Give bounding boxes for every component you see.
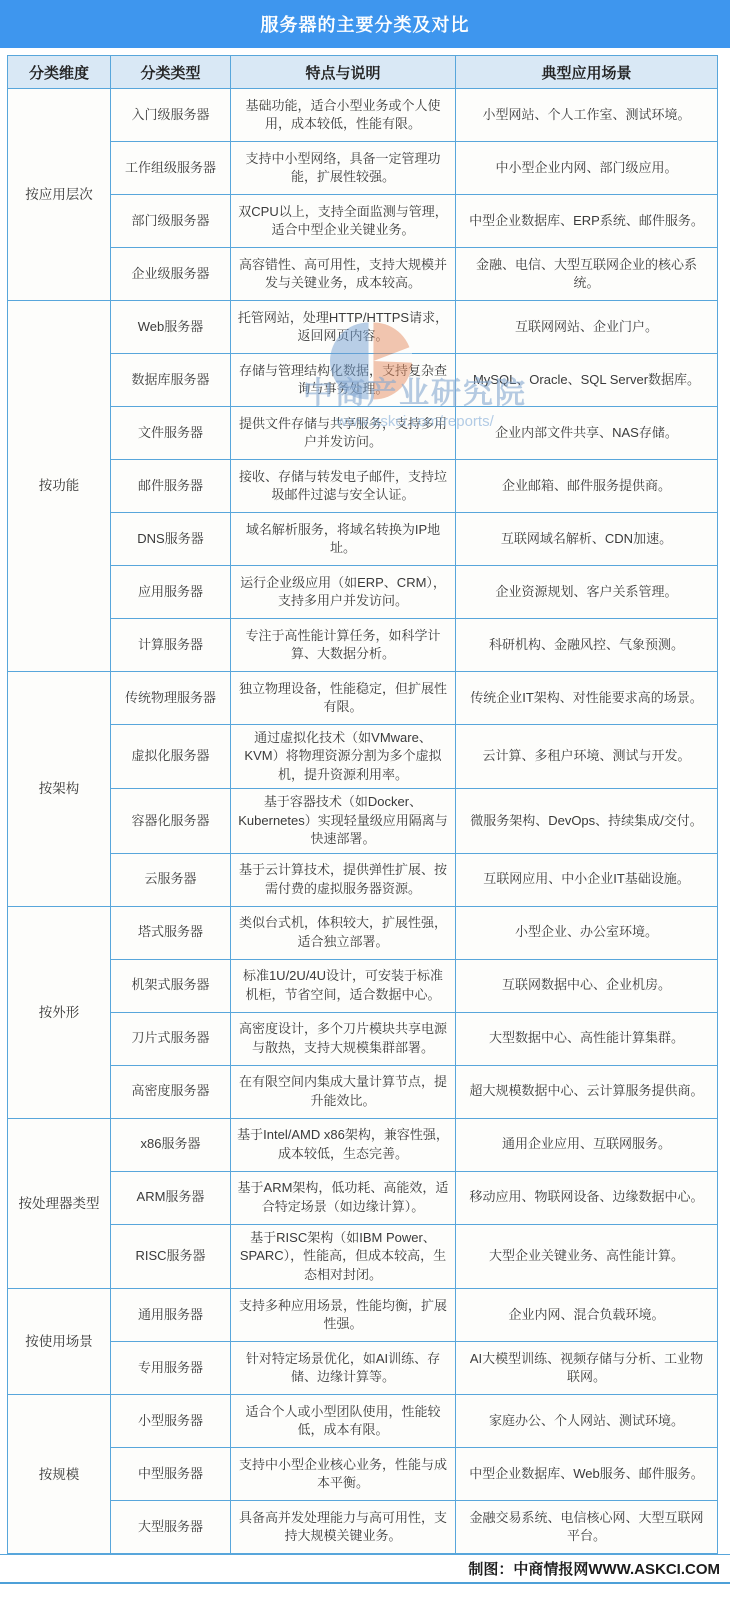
apps-cell: 企业内网、混合负载环境。	[456, 1289, 718, 1342]
apps-cell: 通用企业应用、互联网服务。	[456, 1118, 718, 1171]
type-cell: 邮件服务器	[111, 460, 231, 513]
features-cell: 基于Intel/AMD x86架构，兼容性强，成本较低，生态完善。	[231, 1118, 456, 1171]
type-cell: 中型服务器	[111, 1448, 231, 1501]
features-cell: 支持中小型网络，具备一定管理功能，扩展性较强。	[231, 142, 456, 195]
type-cell: 企业级服务器	[111, 248, 231, 301]
type-cell: 入门级服务器	[111, 89, 231, 142]
type-cell: x86服务器	[111, 1118, 231, 1171]
table-row: 计算服务器 专注于高性能计算任务，如科学计算、大数据分析。 科研机构、金融风控、…	[8, 619, 718, 672]
features-cell: 基于ARM架构，低功耗、高能效，适合特定场景（如边缘计算）。	[231, 1171, 456, 1224]
type-cell: 容器化服务器	[111, 789, 231, 853]
apps-cell: 云计算、多租户环境、测试与开发。	[456, 725, 718, 789]
dimension-cell: 按规模	[8, 1395, 111, 1554]
table-row: 按处理器类型 x86服务器 基于Intel/AMD x86架构，兼容性强，成本较…	[8, 1118, 718, 1171]
table-row: 按功能 Web服务器 托管网站，处理HTTP/HTTPS请求，返回网页内容。 互…	[8, 301, 718, 354]
dimension-cell: 按使用场景	[8, 1289, 111, 1395]
table-row: 企业级服务器 高容错性、高可用性，支持大规模并发与关键业务，成本较高。 金融、电…	[8, 248, 718, 301]
column-header-type: 分类类型	[111, 56, 231, 89]
dimension-cell: 按应用层次	[8, 89, 111, 301]
type-cell: 应用服务器	[111, 566, 231, 619]
type-cell: 塔式服务器	[111, 906, 231, 959]
features-cell: 双CPU以上，支持全面监测与管理，适合中型企业关键业务。	[231, 195, 456, 248]
features-cell: 通过虚拟化技术（如VMware、KVM）将物理资源分割为多个虚拟机，提升资源利用…	[231, 725, 456, 789]
dimension-cell: 按功能	[8, 301, 111, 672]
apps-cell: 互联网网站、企业门户。	[456, 301, 718, 354]
features-cell: 托管网站，处理HTTP/HTTPS请求，返回网页内容。	[231, 301, 456, 354]
type-cell: 机架式服务器	[111, 959, 231, 1012]
dimension-cell: 按外形	[8, 906, 111, 1118]
apps-cell: AI大模型训练、视频存储与分析、工业物联网。	[456, 1342, 718, 1395]
type-cell: 计算服务器	[111, 619, 231, 672]
type-cell: 大型服务器	[111, 1501, 231, 1554]
features-cell: 针对特定场景优化，如AI训练、存储、边缘计算等。	[231, 1342, 456, 1395]
table-row: ARM服务器 基于ARM架构，低功耗、高能效，适合特定场景（如边缘计算）。 移动…	[8, 1171, 718, 1224]
features-cell: 存储与管理结构化数据，支持复杂查询与事务处理。	[231, 354, 456, 407]
title-gap	[0, 48, 730, 55]
column-header-dimension: 分类维度	[8, 56, 111, 89]
type-cell: 专用服务器	[111, 1342, 231, 1395]
title-bar: 服务器的主要分类及对比	[0, 0, 730, 48]
table-row: 中型服务器 支持中小型企业核心业务，性能与成本平衡。 中型企业数据库、Web服务…	[8, 1448, 718, 1501]
features-cell: 高密度设计，多个刀片模块共享电源与散热，支持大规模集群部署。	[231, 1012, 456, 1065]
table-row: RISC服务器 基于RISC架构（如IBM Power、SPARC），性能高，但…	[8, 1224, 718, 1288]
table-row: 按应用层次 入门级服务器 基础功能，适合小型业务或个人使用，成本较低，性能有限。…	[8, 89, 718, 142]
type-cell: 文件服务器	[111, 407, 231, 460]
table-row: 部门级服务器 双CPU以上，支持全面监测与管理，适合中型企业关键业务。 中型企业…	[8, 195, 718, 248]
type-cell: 虚拟化服务器	[111, 725, 231, 789]
apps-cell: 微服务架构、DevOps、持续集成/交付。	[456, 789, 718, 853]
features-cell: 具备高并发处理能力与高可用性，支持大规模关键业务。	[231, 1501, 456, 1554]
apps-cell: MySQL、Oracle、SQL Server数据库。	[456, 354, 718, 407]
features-cell: 域名解析服务，将域名转换为IP地址。	[231, 513, 456, 566]
table-row: 大型服务器 具备高并发处理能力与高可用性，支持大规模关键业务。 金融交易系统、电…	[8, 1501, 718, 1554]
apps-cell: 移动应用、物联网设备、边缘数据中心。	[456, 1171, 718, 1224]
apps-cell: 中型企业数据库、Web服务、邮件服务。	[456, 1448, 718, 1501]
features-cell: 提供文件存储与共享服务，支持多用户并发访问。	[231, 407, 456, 460]
infographic-canvas: 服务器的主要分类及对比 分类维度 分类类型 特点与说明 典型应用场景 按应用层次…	[0, 0, 730, 1584]
table-row: 工作组级服务器 支持中小型网络，具备一定管理功能，扩展性较强。 中小型企业内网、…	[8, 142, 718, 195]
dimension-cell: 按架构	[8, 672, 111, 907]
type-cell: 传统物理服务器	[111, 672, 231, 725]
features-cell: 支持多种应用场景，性能均衡，扩展性强。	[231, 1289, 456, 1342]
table-row: 专用服务器 针对特定场景优化，如AI训练、存储、边缘计算等。 AI大模型训练、视…	[8, 1342, 718, 1395]
type-cell: DNS服务器	[111, 513, 231, 566]
apps-cell: 企业资源规划、客户关系管理。	[456, 566, 718, 619]
apps-cell: 中型企业数据库、ERP系统、邮件服务。	[456, 195, 718, 248]
table-row: 按外形 塔式服务器 类似台式机，体积较大，扩展性强，适合独立部署。 小型企业、办…	[8, 906, 718, 959]
table-row: 应用服务器 运行企业级应用（如ERP、CRM），支持多用户并发访问。 企业资源规…	[8, 566, 718, 619]
apps-cell: 超大规模数据中心、云计算服务提供商。	[456, 1065, 718, 1118]
type-cell: 小型服务器	[111, 1395, 231, 1448]
type-cell: ARM服务器	[111, 1171, 231, 1224]
table-row: 文件服务器 提供文件存储与共享服务，支持多用户并发访问。 企业内部文件共享、NA…	[8, 407, 718, 460]
features-cell: 独立物理设备，性能稳定，但扩展性有限。	[231, 672, 456, 725]
apps-cell: 大型企业关键业务、高性能计算。	[456, 1224, 718, 1288]
table-row: 云服务器 基于云计算技术，提供弹性扩展、按需付费的虚拟服务器资源。 互联网应用、…	[8, 853, 718, 906]
apps-cell: 互联网应用、中小企业IT基础设施。	[456, 853, 718, 906]
footer-band: 制图：中商情报网WWW.ASKCI.COM	[0, 1554, 730, 1584]
apps-cell: 传统企业IT架构、对性能要求高的场景。	[456, 672, 718, 725]
column-header-apps: 典型应用场景	[456, 56, 718, 89]
type-cell: 刀片式服务器	[111, 1012, 231, 1065]
features-cell: 基于云计算技术，提供弹性扩展、按需付费的虚拟服务器资源。	[231, 853, 456, 906]
page-title: 服务器的主要分类及对比	[261, 11, 470, 37]
features-cell: 类似台式机，体积较大，扩展性强，适合独立部署。	[231, 906, 456, 959]
apps-cell: 金融、电信、大型互联网企业的核心系统。	[456, 248, 718, 301]
features-cell: 支持中小型企业核心业务，性能与成本平衡。	[231, 1448, 456, 1501]
type-cell: 高密度服务器	[111, 1065, 231, 1118]
features-cell: 专注于高性能计算任务，如科学计算、大数据分析。	[231, 619, 456, 672]
header-row: 分类维度 分类类型 特点与说明 典型应用场景	[8, 56, 718, 89]
apps-cell: 家庭办公、个人网站、测试环境。	[456, 1395, 718, 1448]
features-cell: 基于RISC架构（如IBM Power、SPARC），性能高，但成本较高，生态相…	[231, 1224, 456, 1288]
features-cell: 适合个人或小型团队使用，性能较低，成本有限。	[231, 1395, 456, 1448]
features-cell: 基于容器技术（如Docker、Kubernetes）实现轻量级应用隔离与快速部署…	[231, 789, 456, 853]
dimension-cell: 按处理器类型	[8, 1118, 111, 1288]
features-cell: 在有限空间内集成大量计算节点，提升能效比。	[231, 1065, 456, 1118]
type-cell: 工作组级服务器	[111, 142, 231, 195]
table-header: 分类维度 分类类型 特点与说明 典型应用场景	[8, 56, 718, 89]
type-cell: 通用服务器	[111, 1289, 231, 1342]
table-row: 邮件服务器 接收、存储与转发电子邮件，支持垃圾邮件过滤与安全认证。 企业邮箱、邮…	[8, 460, 718, 513]
table-row: 按架构 传统物理服务器 独立物理设备，性能稳定，但扩展性有限。 传统企业IT架构…	[8, 672, 718, 725]
type-cell: 云服务器	[111, 853, 231, 906]
type-cell: Web服务器	[111, 301, 231, 354]
features-cell: 接收、存储与转发电子邮件，支持垃圾邮件过滤与安全认证。	[231, 460, 456, 513]
apps-cell: 小型企业、办公室环境。	[456, 906, 718, 959]
apps-cell: 大型数据中心、高性能计算集群。	[456, 1012, 718, 1065]
apps-cell: 互联网域名解析、CDN加速。	[456, 513, 718, 566]
apps-cell: 企业邮箱、邮件服务提供商。	[456, 460, 718, 513]
features-cell: 标准1U/2U/4U设计，可安装于标准机柜，节省空间，适合数据中心。	[231, 959, 456, 1012]
apps-cell: 科研机构、金融风控、气象预测。	[456, 619, 718, 672]
apps-cell: 企业内部文件共享、NAS存储。	[456, 407, 718, 460]
classification-table: 分类维度 分类类型 特点与说明 典型应用场景 按应用层次 入门级服务器 基础功能…	[7, 55, 718, 1554]
apps-cell: 小型网站、个人工作室、测试环境。	[456, 89, 718, 142]
table-row: 高密度服务器 在有限空间内集成大量计算节点，提升能效比。 超大规模数据中心、云计…	[8, 1065, 718, 1118]
apps-cell: 金融交易系统、电信核心网、大型互联网平台。	[456, 1501, 718, 1554]
credit-text: 制图：中商情报网WWW.ASKCI.COM	[468, 1558, 720, 1579]
table-row: DNS服务器 域名解析服务，将域名转换为IP地址。 互联网域名解析、CDN加速。	[8, 513, 718, 566]
apps-cell: 中小型企业内网、部门级应用。	[456, 142, 718, 195]
table-row: 容器化服务器 基于容器技术（如Docker、Kubernetes）实现轻量级应用…	[8, 789, 718, 853]
features-cell: 运行企业级应用（如ERP、CRM），支持多用户并发访问。	[231, 566, 456, 619]
table-row: 按使用场景 通用服务器 支持多种应用场景，性能均衡，扩展性强。 企业内网、混合负…	[8, 1289, 718, 1342]
type-cell: 部门级服务器	[111, 195, 231, 248]
type-cell: 数据库服务器	[111, 354, 231, 407]
table-row: 机架式服务器 标准1U/2U/4U设计，可安装于标准机柜，节省空间，适合数据中心…	[8, 959, 718, 1012]
table-row: 按规模 小型服务器 适合个人或小型团队使用，性能较低，成本有限。 家庭办公、个人…	[8, 1395, 718, 1448]
features-cell: 高容错性、高可用性，支持大规模并发与关键业务，成本较高。	[231, 248, 456, 301]
type-cell: RISC服务器	[111, 1224, 231, 1288]
table-body: 按应用层次 入门级服务器 基础功能，适合小型业务或个人使用，成本较低，性能有限。…	[8, 89, 718, 1554]
table-row: 虚拟化服务器 通过虚拟化技术（如VMware、KVM）将物理资源分割为多个虚拟机…	[8, 725, 718, 789]
apps-cell: 互联网数据中心、企业机房。	[456, 959, 718, 1012]
column-header-features: 特点与说明	[231, 56, 456, 89]
table-row: 刀片式服务器 高密度设计，多个刀片模块共享电源与散热，支持大规模集群部署。 大型…	[8, 1012, 718, 1065]
features-cell: 基础功能，适合小型业务或个人使用，成本较低，性能有限。	[231, 89, 456, 142]
table-row: 数据库服务器 存储与管理结构化数据，支持复杂查询与事务处理。 MySQL、Ora…	[8, 354, 718, 407]
